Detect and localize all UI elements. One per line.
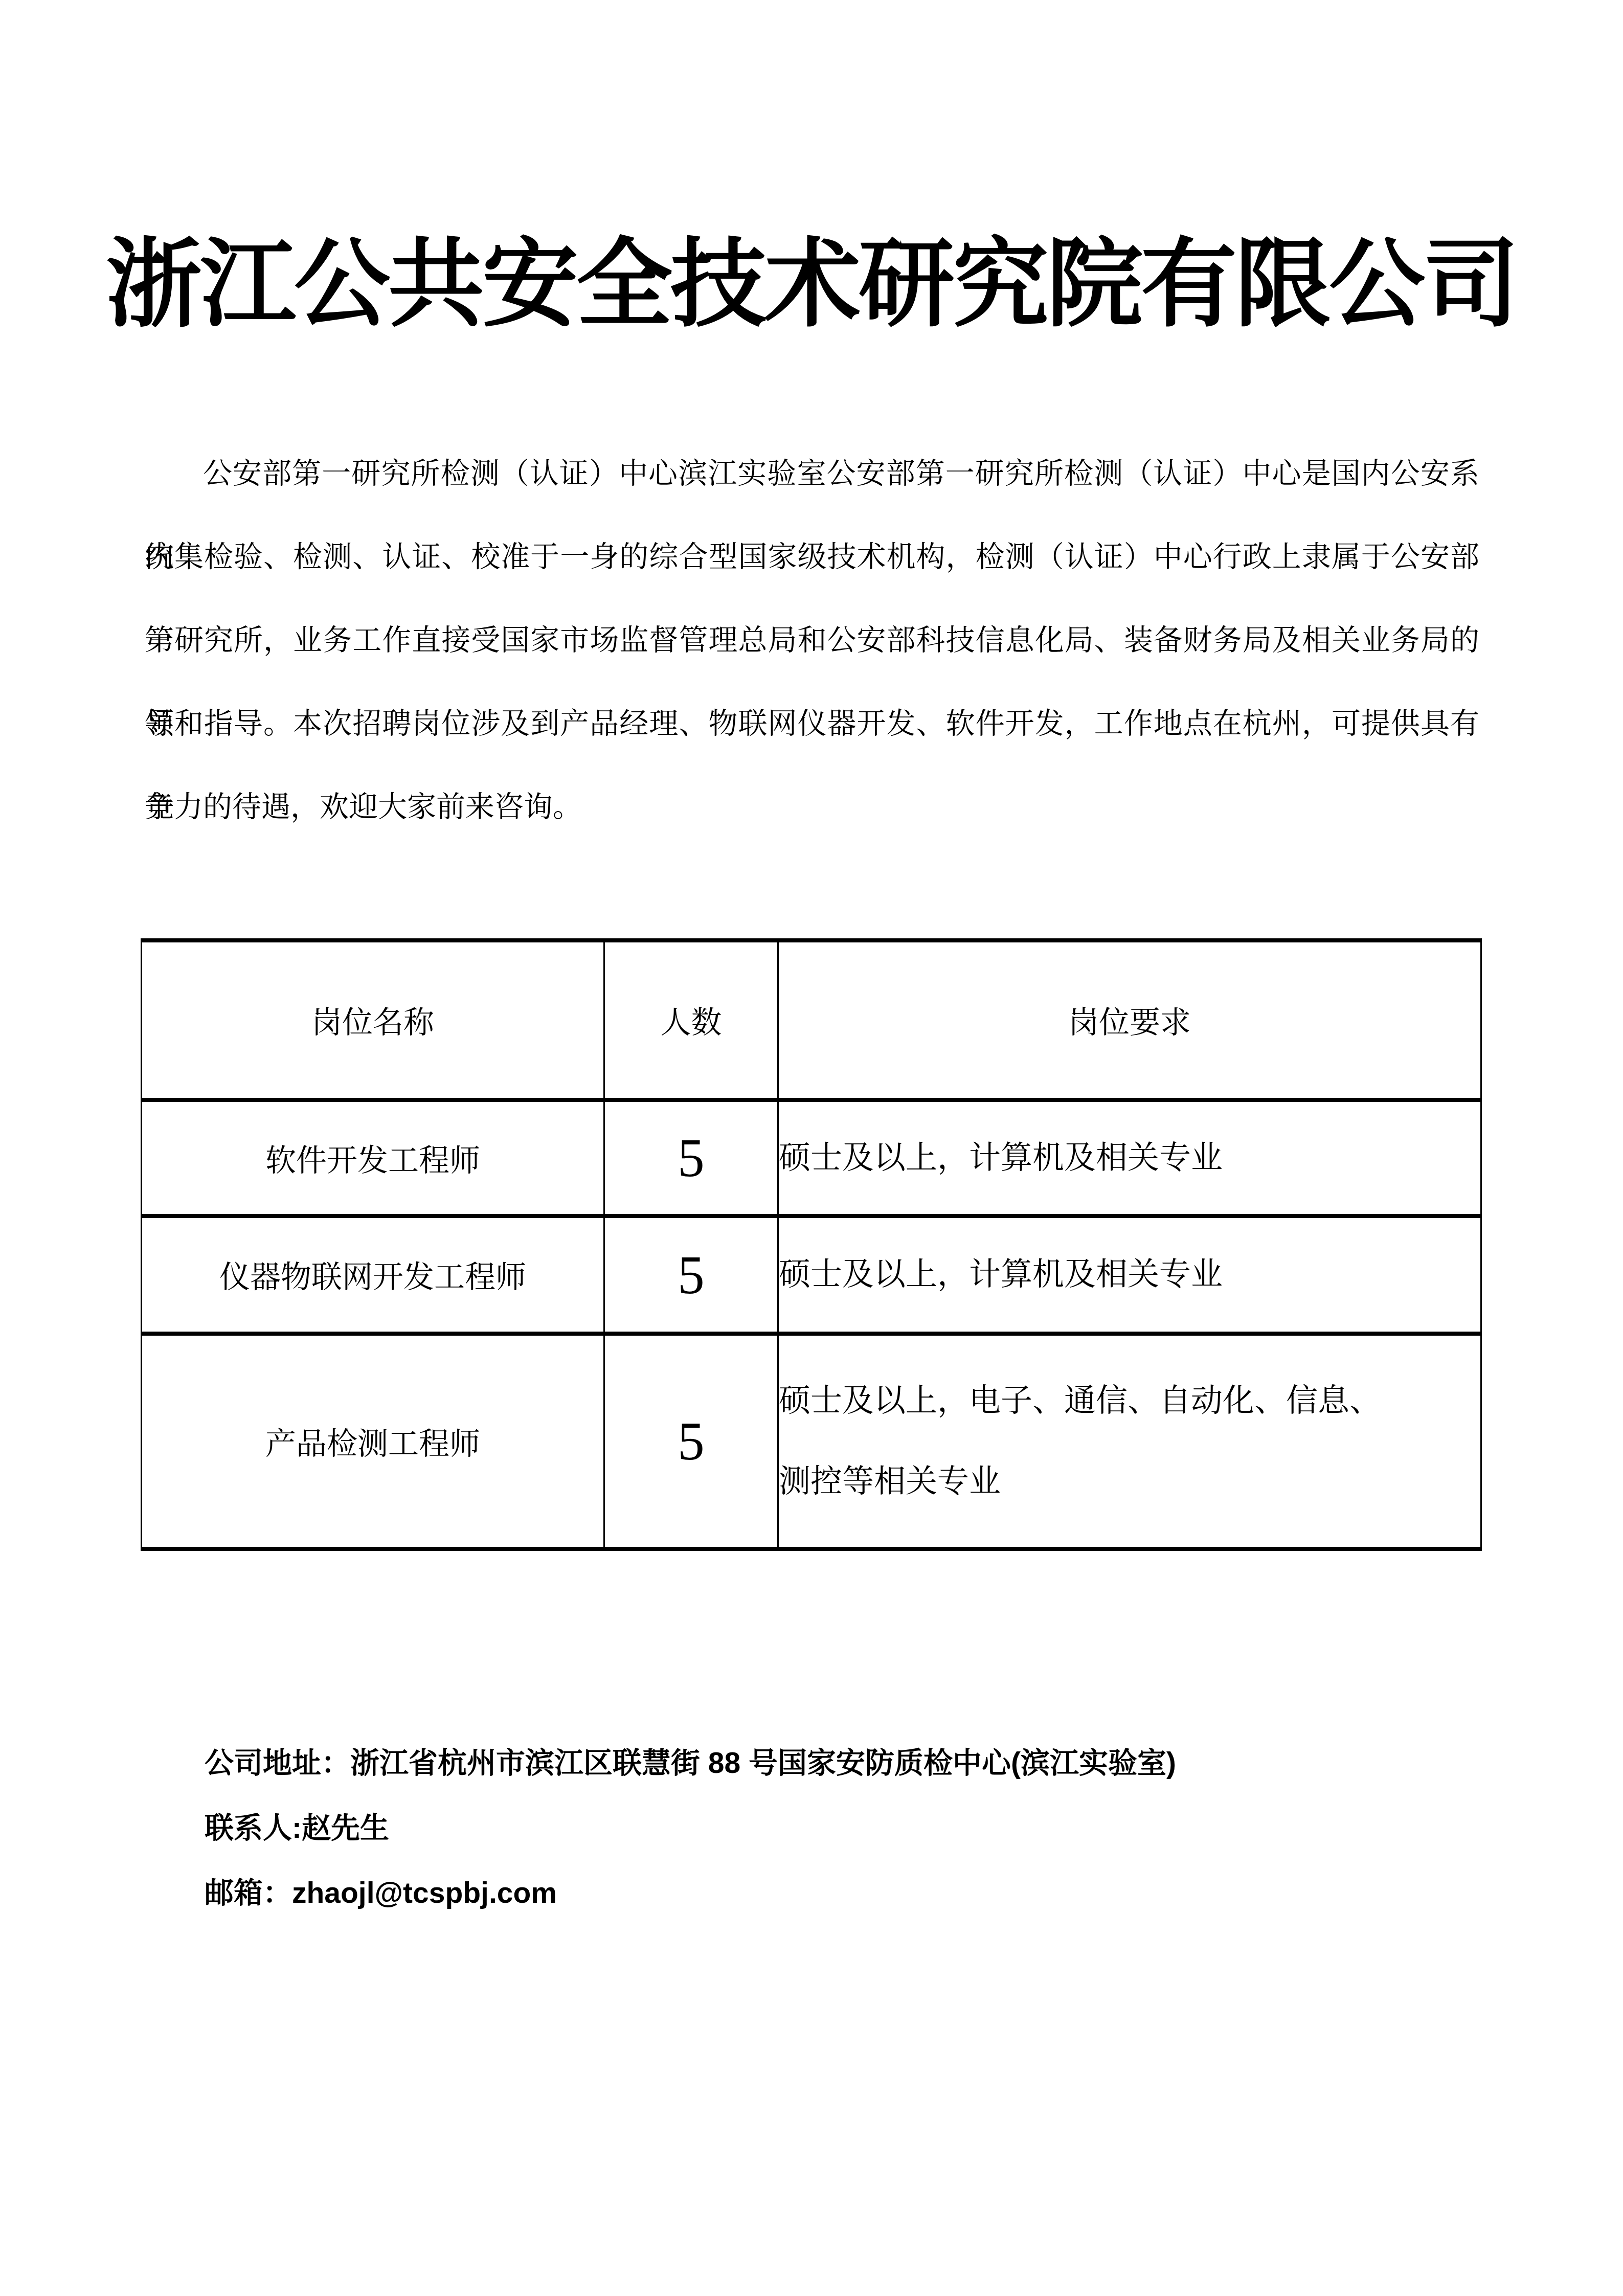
- header-position: 岗位名称: [142, 940, 604, 1100]
- intro-line-4: 导和指导。本次招聘岗位涉及到产品经理、物联网仪器开发、软件开发，工作地点在杭州，…: [145, 682, 1479, 766]
- table-row-iot-engineer: 仪器物联网开发工程师 5 硕士及以上，计算机及相关专业: [142, 1216, 1481, 1334]
- requirement-line: 测控等相关专业: [779, 1442, 1480, 1522]
- cell-requirements: 硕士及以上，计算机及相关专业: [778, 1216, 1481, 1334]
- header-count: 人数: [604, 940, 778, 1100]
- cell-requirements: 硕士及以上，计算机及相关专业: [778, 1100, 1481, 1216]
- table-header-row: 岗位名称 人数 岗位要求: [142, 940, 1481, 1100]
- company-address: 公司地址：浙江省杭州市滨江区联慧街 88 号国家安防质检中心(滨江实验室): [205, 1731, 1176, 1796]
- cell-position: 仪器物联网开发工程师: [142, 1216, 604, 1334]
- intro-line-5: 争力的待遇，欢迎大家前来咨询。: [145, 766, 1479, 849]
- intro-line-3: 一研究所，业务工作直接受国家市场监督管理总局和公安部科技信息化局、装备财务局及相…: [145, 599, 1479, 682]
- requirement-line: 硕士及以上，电子、通信、自动化、信息、: [779, 1361, 1480, 1442]
- contact-email: 邮箱：zhaojl@tcspbj.com: [205, 1861, 1176, 1926]
- cell-count: 5: [604, 1216, 778, 1334]
- cell-position: 软件开发工程师: [142, 1100, 604, 1216]
- jobs-table: 岗位名称 人数 岗位要求 软件开发工程师 5 硕士及以上，计算机及相关专业 仪器…: [141, 938, 1482, 1551]
- cell-position: 产品检测工程师: [142, 1334, 604, 1549]
- cell-count: 5: [604, 1100, 778, 1216]
- requirement-line: 硕士及以上，计算机及相关专业: [779, 1118, 1480, 1199]
- header-requirements: 岗位要求: [778, 940, 1481, 1100]
- requirement-line: 硕士及以上，计算机及相关专业: [779, 1234, 1480, 1315]
- table-row-testing-engineer: 产品检测工程师 5 硕士及以上，电子、通信、自动化、信息、 测控等相关专业: [142, 1334, 1481, 1549]
- document-page: 浙江公共安全技术研究院有限公司 公安部第一研究所检测（认证）中心滨江实验室公安部…: [0, 0, 1623, 2296]
- cell-requirements: 硕士及以上，电子、通信、自动化、信息、 测控等相关专业: [778, 1334, 1481, 1549]
- contact-info-block: 公司地址：浙江省杭州市滨江区联慧街 88 号国家安防质检中心(滨江实验室) 联系…: [205, 1731, 1176, 1926]
- intro-line-2: 内集检验、检测、认证、校准于一身的综合型国家级技术机构，检测（认证）中心行政上隶…: [145, 515, 1479, 599]
- contact-person: 联系人:赵先生: [205, 1796, 1176, 1861]
- cell-count: 5: [604, 1334, 778, 1549]
- intro-paragraph: 公安部第一研究所检测（认证）中心滨江实验室公安部第一研究所检测（认证）中心是国内…: [145, 432, 1479, 849]
- intro-line-1: 公安部第一研究所检测（认证）中心滨江实验室公安部第一研究所检测（认证）中心是国内…: [145, 432, 1479, 515]
- page-title: 浙江公共安全技术研究院有限公司: [0, 215, 1623, 353]
- table-row-software-engineer: 软件开发工程师 5 硕士及以上，计算机及相关专业: [142, 1100, 1481, 1216]
